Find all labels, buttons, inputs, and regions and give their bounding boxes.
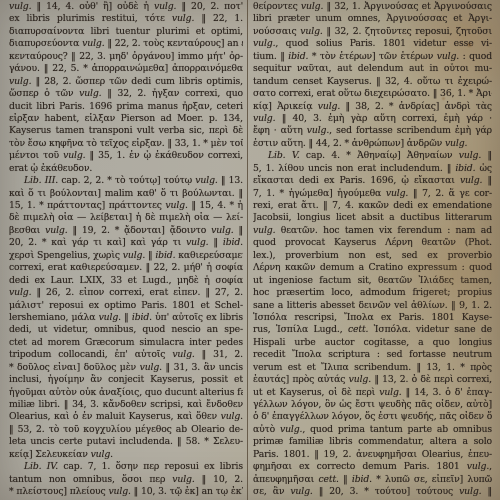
text-line: σε, ἂν vulg. ‖ 20, 3. * τούτου] τούτους … [253, 486, 492, 498]
text-line: διαπυρσεύοντα vulg. ‖ 22, 2. τοὺς κενταύ… [9, 38, 243, 50]
text-column-right: θείροντες vulg. ‖ 32, 1. Ἀργινούσας et Ἀ… [253, 0, 492, 500]
text-line: νούσσαις vulg. ‖ 32, 2. ζητοῦντες reposu… [253, 26, 492, 38]
text-line: καὶ ὅ τι βούλονται] malim καθ' ὅ τι βούλ… [9, 188, 243, 200]
text-line: βεσθαι vulg. ‖ 19, 2. * ᾄδονται] ᾄδοιντο… [9, 225, 243, 237]
text-line: μέντοι τοῦ vulg. ‖ 35, 1. ἐν ᾧ ἐκάθευδον… [9, 150, 243, 162]
text-line: sane a litteris abesset δεινῶν vel ἀθλίω… [253, 300, 492, 312]
text-line: 15, 1. * πράττοντας] πράττοντες vulg. ‖ … [9, 200, 243, 212]
text-line: verum est et Ἴλιπα scribendum. ‖ 13, 1. … [253, 362, 492, 374]
column-divider-rule [247, 0, 248, 500]
text-line: dedi, ut videtur, omnibus, quod nescio a… [9, 324, 243, 336]
text-line: 20, 2. * καὶ γάρ τι καὶ] καὶ γάρ τι vulg… [9, 237, 243, 249]
scanned-page: vulg. ‖ 14, 4. οὖθ' ἢ] οὐδὲ ἡ vulg. ‖ 20… [0, 0, 500, 500]
text-line: Lib. V. cap. 4. * Ἀθηναίῳ] Ἀθηναίων vulg… [253, 150, 492, 162]
text-line: ἐστιν αὕτη. ‖ 44, 2. * ἀνθρώπων] ἀνδρῶν … [253, 138, 492, 150]
text-line: ἑαυτάς] πρὸς αὐτάς vulg. ‖ 13, 2. ὁ δὲ π… [253, 374, 492, 386]
text-line: Hispali urbe auctor cogitasse, a quo lon… [253, 337, 492, 349]
text-line: ‖ 53, 2. τὸ τοῦ κογχυλίου μέγεθος ab Ole… [9, 424, 243, 436]
text-line: hoc præsertim loco, admodum frigeret; pr… [253, 287, 492, 299]
text-line: κενταύρους? ‖ 22, 3. μηδ' ὀργάνου] immo … [9, 51, 243, 63]
text-line: Kayserus tamen transponi vult verba sic,… [9, 125, 243, 137]
text-line: * δοῦλος εἶναι] δοῦλος μὲν vulg. ‖ 31, 3… [9, 362, 243, 374]
text-line: tripodum collocandi, ἐπ' αὐτοῖς vulg. ‖ … [9, 349, 243, 361]
text-line: erat ᾧ ἐκάθευδον. [9, 163, 243, 175]
text-line: δὲ πιμελὴ οἷα — λείβεται] ἡ δὲ πιμελὴ οἷ… [9, 212, 243, 224]
text-line: miliæ libri. ‖ 34, 3. κἄνδοθεν scripsi, … [9, 399, 243, 411]
text-line: κίᾳ] Ἀρικείᾳ vulg. ‖ 38, 2. * ἀνδρίας] ἀ… [253, 101, 492, 113]
text-line: Jacobsii, longius licet absit a ductibus… [253, 212, 492, 224]
text-line: τὸν ἔσω κηφῆνα τὸ τεῖχος εἶρξαν. ‖ 33, 1… [9, 138, 243, 150]
text-line: χερσὶ Spengelius, χωρὶς vulg. ‖ ibid. κα… [9, 250, 243, 262]
text-line: σατο correxi, erat οὕτω διεχειρώσατο. ‖ … [253, 88, 492, 100]
text-line: vulg., quod solius Paris. 1801 videtur e… [253, 38, 492, 50]
text-line: vulg. ‖ 14, 4. οὖθ' ἢ] οὐδὲ ἡ vulg. ‖ 20… [9, 1, 243, 13]
text-line: sequitur ναῦται, aut delendum aut in οὗτ… [253, 63, 492, 75]
text-line: rus, Ἱσπίλα Lugd., cett. Ἱσπόλα. videtur… [253, 324, 492, 336]
text-line: ἀπευφημῆσαι cett. ‖ ibid. * λυπῶ σε, εἰπ… [253, 474, 492, 486]
text-line: libri præter unum omnes, Ἀργινούσσας et … [253, 13, 492, 25]
text-line: 7, 1. * ἡγώμεθα] ἡγούμεθα vulg. ‖ 7, 2. … [253, 188, 492, 200]
text-line: quod provocat Kayserus Λέρνη θεατῶν (Pho… [253, 237, 492, 249]
text-line: Lib. IV. cap. 7, 1. ὅσην περ reposui ex … [9, 461, 243, 473]
text-line: vulg. θεατῶν. hoc tamen vix ferendum : n… [253, 225, 492, 237]
text-line: vulg. ‖ 40, 3. ἐμὴ γὰρ αὕτη correxi, ἐμὴ… [253, 113, 492, 125]
text-line: Olearius, καὶ ὁ ἐν maluit Kayserus, καὶ … [9, 411, 243, 423]
text-line: γάνου. ‖ 22, 5. * ἀπορραινώμεθα] ἀπορραι… [9, 63, 243, 75]
text-line: rexi, erat ἅτι. ‖ 7, 4. κακῶν dedi ex em… [253, 200, 492, 212]
text-line: ut et Kayserus, οἱ δὲ περὶ vulg. ‖ 14, 3… [253, 387, 492, 399]
text-line: lex.), proverbium non est, sed ex prover… [253, 250, 492, 262]
text-line: tium. ‖ ibid. * τὸν ἑτέρων] τῶν ἑτέρων v… [253, 51, 492, 63]
text-line: ἔφη · αὕτη vulg., sed fortasse scribendu… [253, 125, 492, 137]
text-line: Lib. III. cap. 2, 2. * τὸ τούτῳ] τούτῳ v… [9, 175, 243, 187]
text-line: μάλιστ' reposui ex optimo Paris. 1801 et… [9, 300, 243, 312]
text-line: inclusi, ἡγοίμην ἂν conjecit Kayserus, p… [9, 374, 243, 386]
text-line: vulg. ‖ 28, 2. ὥσπερ τῶν dedi cum libris… [9, 76, 243, 88]
text-line: εἴκασται dedi ex Paris. 1696, ᾧ εἴκασται… [253, 175, 492, 187]
text-line: φημῆσαι ex correcto demum Paris. 1801 vu… [253, 461, 492, 473]
text-line: lershemiano, μάλα vulg. ‖ ibid. ὑπ' αὐτο… [9, 312, 243, 324]
text-line: κείᾳ] Σελευκείαν vulg. [9, 449, 243, 461]
text-line: εἶρξαν habent, εἷλξαν Pierson ad Moer. p… [9, 113, 243, 125]
text-line: tantum non omnibus, ὅσοι περ vulg. ‖ 10,… [9, 474, 243, 486]
text-line: * πλείστους] πλείους vulg. ‖ 10, 3. τῷ ἐ… [9, 486, 243, 498]
text-line: correxi, erat καθιερεύσαμεν. ‖ 22, 2. μή… [9, 262, 243, 274]
text-line: ctet ad morem Græcorum simulacra inter p… [9, 337, 243, 349]
text-line: vulg. ‖ 26, 2. εἶπον correxi, erat εἶπεν… [9, 287, 243, 299]
text-line: ducit libri Paris. 1696 prima manus ἦρξα… [9, 101, 243, 113]
text-line: 5, 1. λίθου uncis non erat includendum. … [253, 163, 492, 175]
text-line: ut ingeniose factum sit, θεατῶν Ἰλιάδες … [253, 275, 492, 287]
text-line: primæ familiæ libris commendatur, altera… [253, 436, 492, 448]
text-line: θείροντες vulg. ‖ 32, 1. Ἀργινούσας et Ἀ… [253, 1, 492, 13]
text-line: Λέρνη κακῶν demum a Cratino expressum : … [253, 262, 492, 274]
text-line: Ἱσπόλα rescripsi, Ἴπολα ex Paris. 1801 K… [253, 312, 492, 324]
text-line: ὥσπερ ὁ τῶν vulg. ‖ 32, 2. ἦγξαν correxi… [9, 88, 243, 100]
text-line: leta uncis certe putavi includenda. ‖ 58… [9, 436, 243, 448]
text-line: ἡγοῦμαι αὐτὸν οὐκ ἀναξίοις, quo ducunt a… [9, 387, 243, 399]
text-line: dedi ex Laur. LXIX, 33 et Lugd., μηδὲ ἡ … [9, 275, 243, 287]
text-line: διαπυρσαίνοντα libri tuentur plurimi et … [9, 26, 243, 38]
text-column-left: vulg. ‖ 14, 4. οὖθ' ἢ] οὐδὲ ἡ vulg. ‖ 20… [9, 0, 243, 500]
text-line: ex libris plurimis restitui, τότε vulg. … [9, 13, 243, 25]
text-line: recedit Ἴπολα scriptura : sed fortasse n… [253, 349, 492, 361]
text-line: γέλλων λόγον, ὃν ὡς ἔστι ψευδὴς πᾶς οἶδε… [253, 399, 492, 411]
text-line: ὁ δ' ἐπαγγέλλων λόγον, ὅς ἐστι ψευδής, π… [253, 411, 492, 423]
text-line: tandum censet Kayserus. ‖ 32, 4. οὕτω τι… [253, 76, 492, 88]
text-line: αὐτὸ vulg., quod prima tantum parte ab o… [253, 424, 492, 436]
text-line: Paris. 1801. ‖ 19, 2. ἀνευφημῆσαι Oleari… [253, 449, 492, 461]
